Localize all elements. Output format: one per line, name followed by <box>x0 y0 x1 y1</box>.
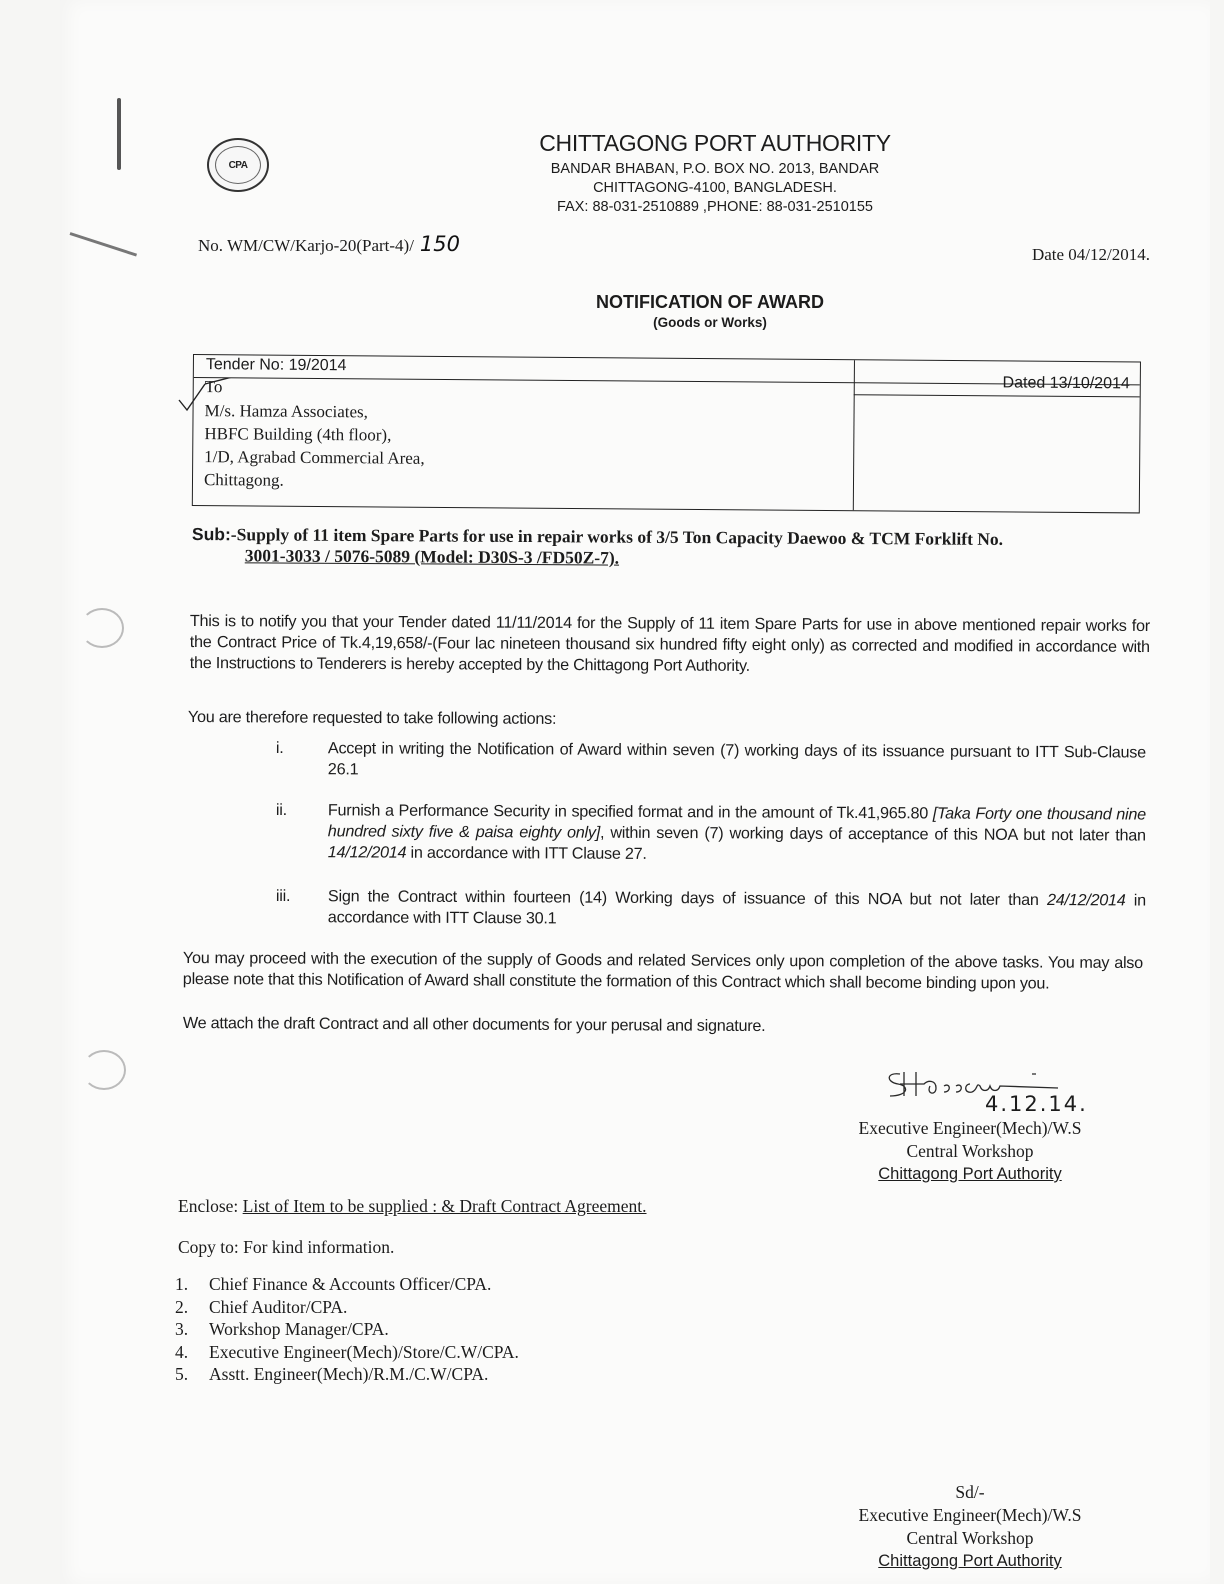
footer-department: Central Workshop <box>840 1527 1100 1550</box>
copy-to-list: 1.Chief Finance & Accounts Officer/CPA. … <box>175 1273 519 1386</box>
copy-to-label: Copy to: For kind information. <box>178 1237 394 1258</box>
reference-handwritten-number: 150 <box>420 232 460 256</box>
signatory-organization: Chittagong Port Authority <box>840 1163 1100 1186</box>
attachment-paragraph: We attach the draft Contract and all oth… <box>183 1013 883 1038</box>
action-text: Sign the Contract within fourteen (14) W… <box>328 886 1146 932</box>
document-subtitle: (Goods or Works) <box>480 315 940 330</box>
staple-mark <box>117 98 121 170</box>
handwritten-tick-icon <box>175 378 285 418</box>
execution-paragraph: You may proceed with the execution of th… <box>183 948 1143 995</box>
signatory-designation: Executive Engineer(Mech)/W.S <box>840 1117 1100 1140</box>
footer-organization: Chittagong Port Authority <box>840 1550 1100 1573</box>
logo-text: CPA <box>215 146 261 184</box>
handwritten-signature-date: 4.12.14. <box>985 1092 1088 1116</box>
enclosure-text: List of Item to be supplied : & Draft Co… <box>243 1196 647 1216</box>
action-number: ii. <box>276 800 316 821</box>
action-item: iii. Sign the Contract within fourteen (… <box>276 886 1146 933</box>
list-item: 1.Chief Finance & Accounts Officer/CPA. <box>175 1273 519 1296</box>
subject-label: Sub: <box>192 524 231 544</box>
action-number: i. <box>276 738 316 759</box>
address-area: 1/D, Agrabad Commercial Area, <box>204 447 425 469</box>
organization-name: CHITTAGONG PORT AUTHORITY <box>480 130 950 157</box>
enclosure-label: Enclose: <box>178 1196 243 1216</box>
award-notification-paragraph: This is to notify you that your Tender d… <box>190 611 1150 679</box>
punch-hole <box>80 608 124 648</box>
signatory-block: Executive Engineer(Mech)/W.S Central Wor… <box>840 1117 1100 1186</box>
action-item: i. Accept in writing the Notification of… <box>276 738 1146 785</box>
footer-designation: Executive Engineer(Mech)/W.S <box>840 1504 1100 1527</box>
address-line-2: CHITTAGONG-4100, BANGLADESH. <box>480 180 950 196</box>
actions-intro: You are therefore requested to take foll… <box>188 707 888 732</box>
tender-box: Tender No: 19/2014 Dated 13/10/2014 To M… <box>192 354 1141 513</box>
tender-dated: Dated 13/10/2014 <box>1003 374 1130 393</box>
dated-divider <box>854 394 1140 397</box>
address-city: Chittagong. <box>204 470 284 491</box>
action-number: iii. <box>276 886 316 907</box>
contact-line: FAX: 88-031-2510889 ,PHONE: 88-031-25101… <box>480 199 950 215</box>
tender-column-divider <box>853 360 855 510</box>
action-text: Furnish a Performance Security in specif… <box>328 800 1146 867</box>
footer-signatory-block: Sd/- Executive Engineer(Mech)/W.S Centra… <box>840 1481 1100 1573</box>
tender-number: Tender No: 19/2014 <box>206 356 347 375</box>
reference-label: No. WM/CW/Karjo-20(Part-4)/ <box>198 236 414 255</box>
cpa-logo-icon: CPA <box>207 138 269 192</box>
letter-date: Date 04/12/2014. <box>1032 245 1150 265</box>
subject-line: Sub:-Supply of 11 item Spare Parts for u… <box>192 524 1147 572</box>
punch-hole <box>82 1050 126 1090</box>
action-text: Accept in writing the Notification of Aw… <box>328 738 1146 784</box>
list-item: 2.Chief Auditor/CPA. <box>175 1296 519 1319</box>
footer-sd: Sd/- <box>840 1481 1100 1504</box>
document-title: NOTIFICATION OF AWARD <box>480 292 940 313</box>
address-line-1: BANDAR BHABAN, P.O. BOX NO. 2013, BANDAR <box>480 161 950 177</box>
list-item: 4.Executive Engineer(Mech)/Store/C.W/CPA… <box>175 1341 519 1364</box>
signatory-department: Central Workshop <box>840 1140 1100 1163</box>
list-item: 5.Asstt. Engineer(Mech)/R.M./C.W/CPA. <box>175 1363 519 1386</box>
enclosure-line: Enclose: List of Item to be supplied : &… <box>178 1196 647 1217</box>
address-building: HBFC Building (4th floor), <box>204 424 391 445</box>
reference-number: No. WM/CW/Karjo-20(Part-4)/150 <box>198 232 460 256</box>
action-item: ii. Furnish a Performance Security in sp… <box>276 800 1146 868</box>
list-item: 3.Workshop Manager/CPA. <box>175 1318 519 1341</box>
